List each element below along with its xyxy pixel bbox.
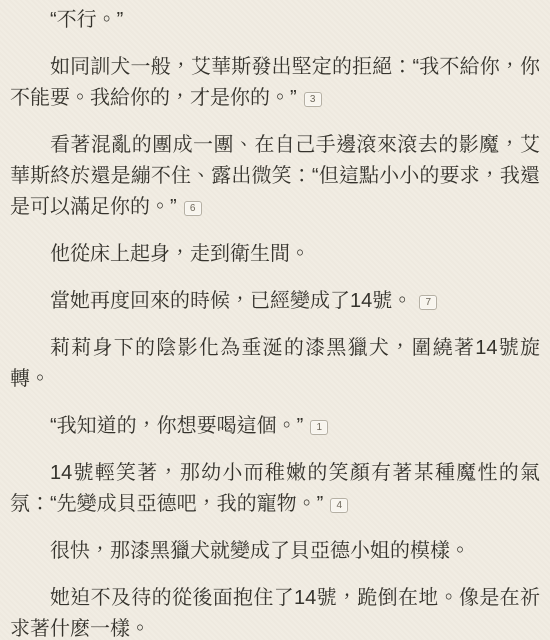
paragraph: 莉莉身下的陰影化為垂涎的漆黑獵犬，圍繞著14號旋轉。: [10, 333, 540, 395]
paragraph: 如同訓犬一般，艾華斯發出堅定的拒絕：“我不給你，你不能要。我給你的，才是你的。”…: [10, 52, 540, 114]
comment-count-badge[interactable]: 4: [330, 498, 348, 513]
paragraph: “不行。”: [10, 5, 540, 36]
paragraph-text: 很快，那漆黑獵犬就變成了貝亞德小姐的模樣。: [50, 540, 470, 562]
paragraph-text: 當她再度回來的時候，已經變成了14號。: [50, 290, 412, 312]
paragraph-text: 看著混亂的團成一團、在自己手邊滾來滾去的影魔，艾華斯終於還是繃不住、露出微笑：“…: [10, 134, 540, 218]
paragraph-text: 莉莉身下的陰影化為垂涎的漆黑獵犬，圍繞著14號旋轉。: [10, 337, 540, 390]
comment-count-badge[interactable]: 3: [304, 92, 322, 107]
paragraph: “我知道的，你想要喝這個。”1: [10, 411, 540, 442]
paragraph: 她迫不及待的從後面抱住了14號，跪倒在地。像是在祈求著什麽一樣。: [10, 583, 540, 640]
paragraph-text: “不行。”: [50, 9, 123, 31]
comment-count-badge[interactable]: 1: [310, 420, 328, 435]
paragraph: 很快，那漆黑獵犬就變成了貝亞德小姐的模樣。: [10, 536, 540, 567]
comment-count-badge[interactable]: 7: [419, 295, 437, 310]
paragraph: 14號輕笑著，那幼小而稚嫩的笑顏有著某種魔性的氣氛：“先變成貝亞德吧，我的寵物。…: [10, 458, 540, 520]
comment-count-badge[interactable]: 6: [184, 201, 202, 216]
paragraph-text: 如同訓犬一般，艾華斯發出堅定的拒絕：“我不給你，你不能要。我給你的，才是你的。”: [10, 56, 540, 109]
reader-content[interactable]: “不行。” 如同訓犬一般，艾華斯發出堅定的拒絕：“我不給你，你不能要。我給你的，…: [0, 0, 550, 640]
paragraph-text: “我知道的，你想要喝這個。”: [50, 415, 303, 437]
paragraph-text: 14號輕笑著，那幼小而稚嫩的笑顏有著某種魔性的氣氛：“先變成貝亞德吧，我的寵物。…: [10, 462, 540, 515]
paragraph: 他從床上起身，走到衛生間。: [10, 239, 540, 270]
paragraph: 當她再度回來的時候，已經變成了14號。7: [10, 286, 540, 317]
paragraph-text: 她迫不及待的從後面抱住了14號，跪倒在地。像是在祈求著什麽一樣。: [10, 587, 540, 640]
paragraph-text: 他從床上起身，走到衛生間。: [50, 243, 310, 265]
paragraph: 看著混亂的團成一團、在自己手邊滾來滾去的影魔，艾華斯終於還是繃不住、露出微笑：“…: [10, 130, 540, 223]
